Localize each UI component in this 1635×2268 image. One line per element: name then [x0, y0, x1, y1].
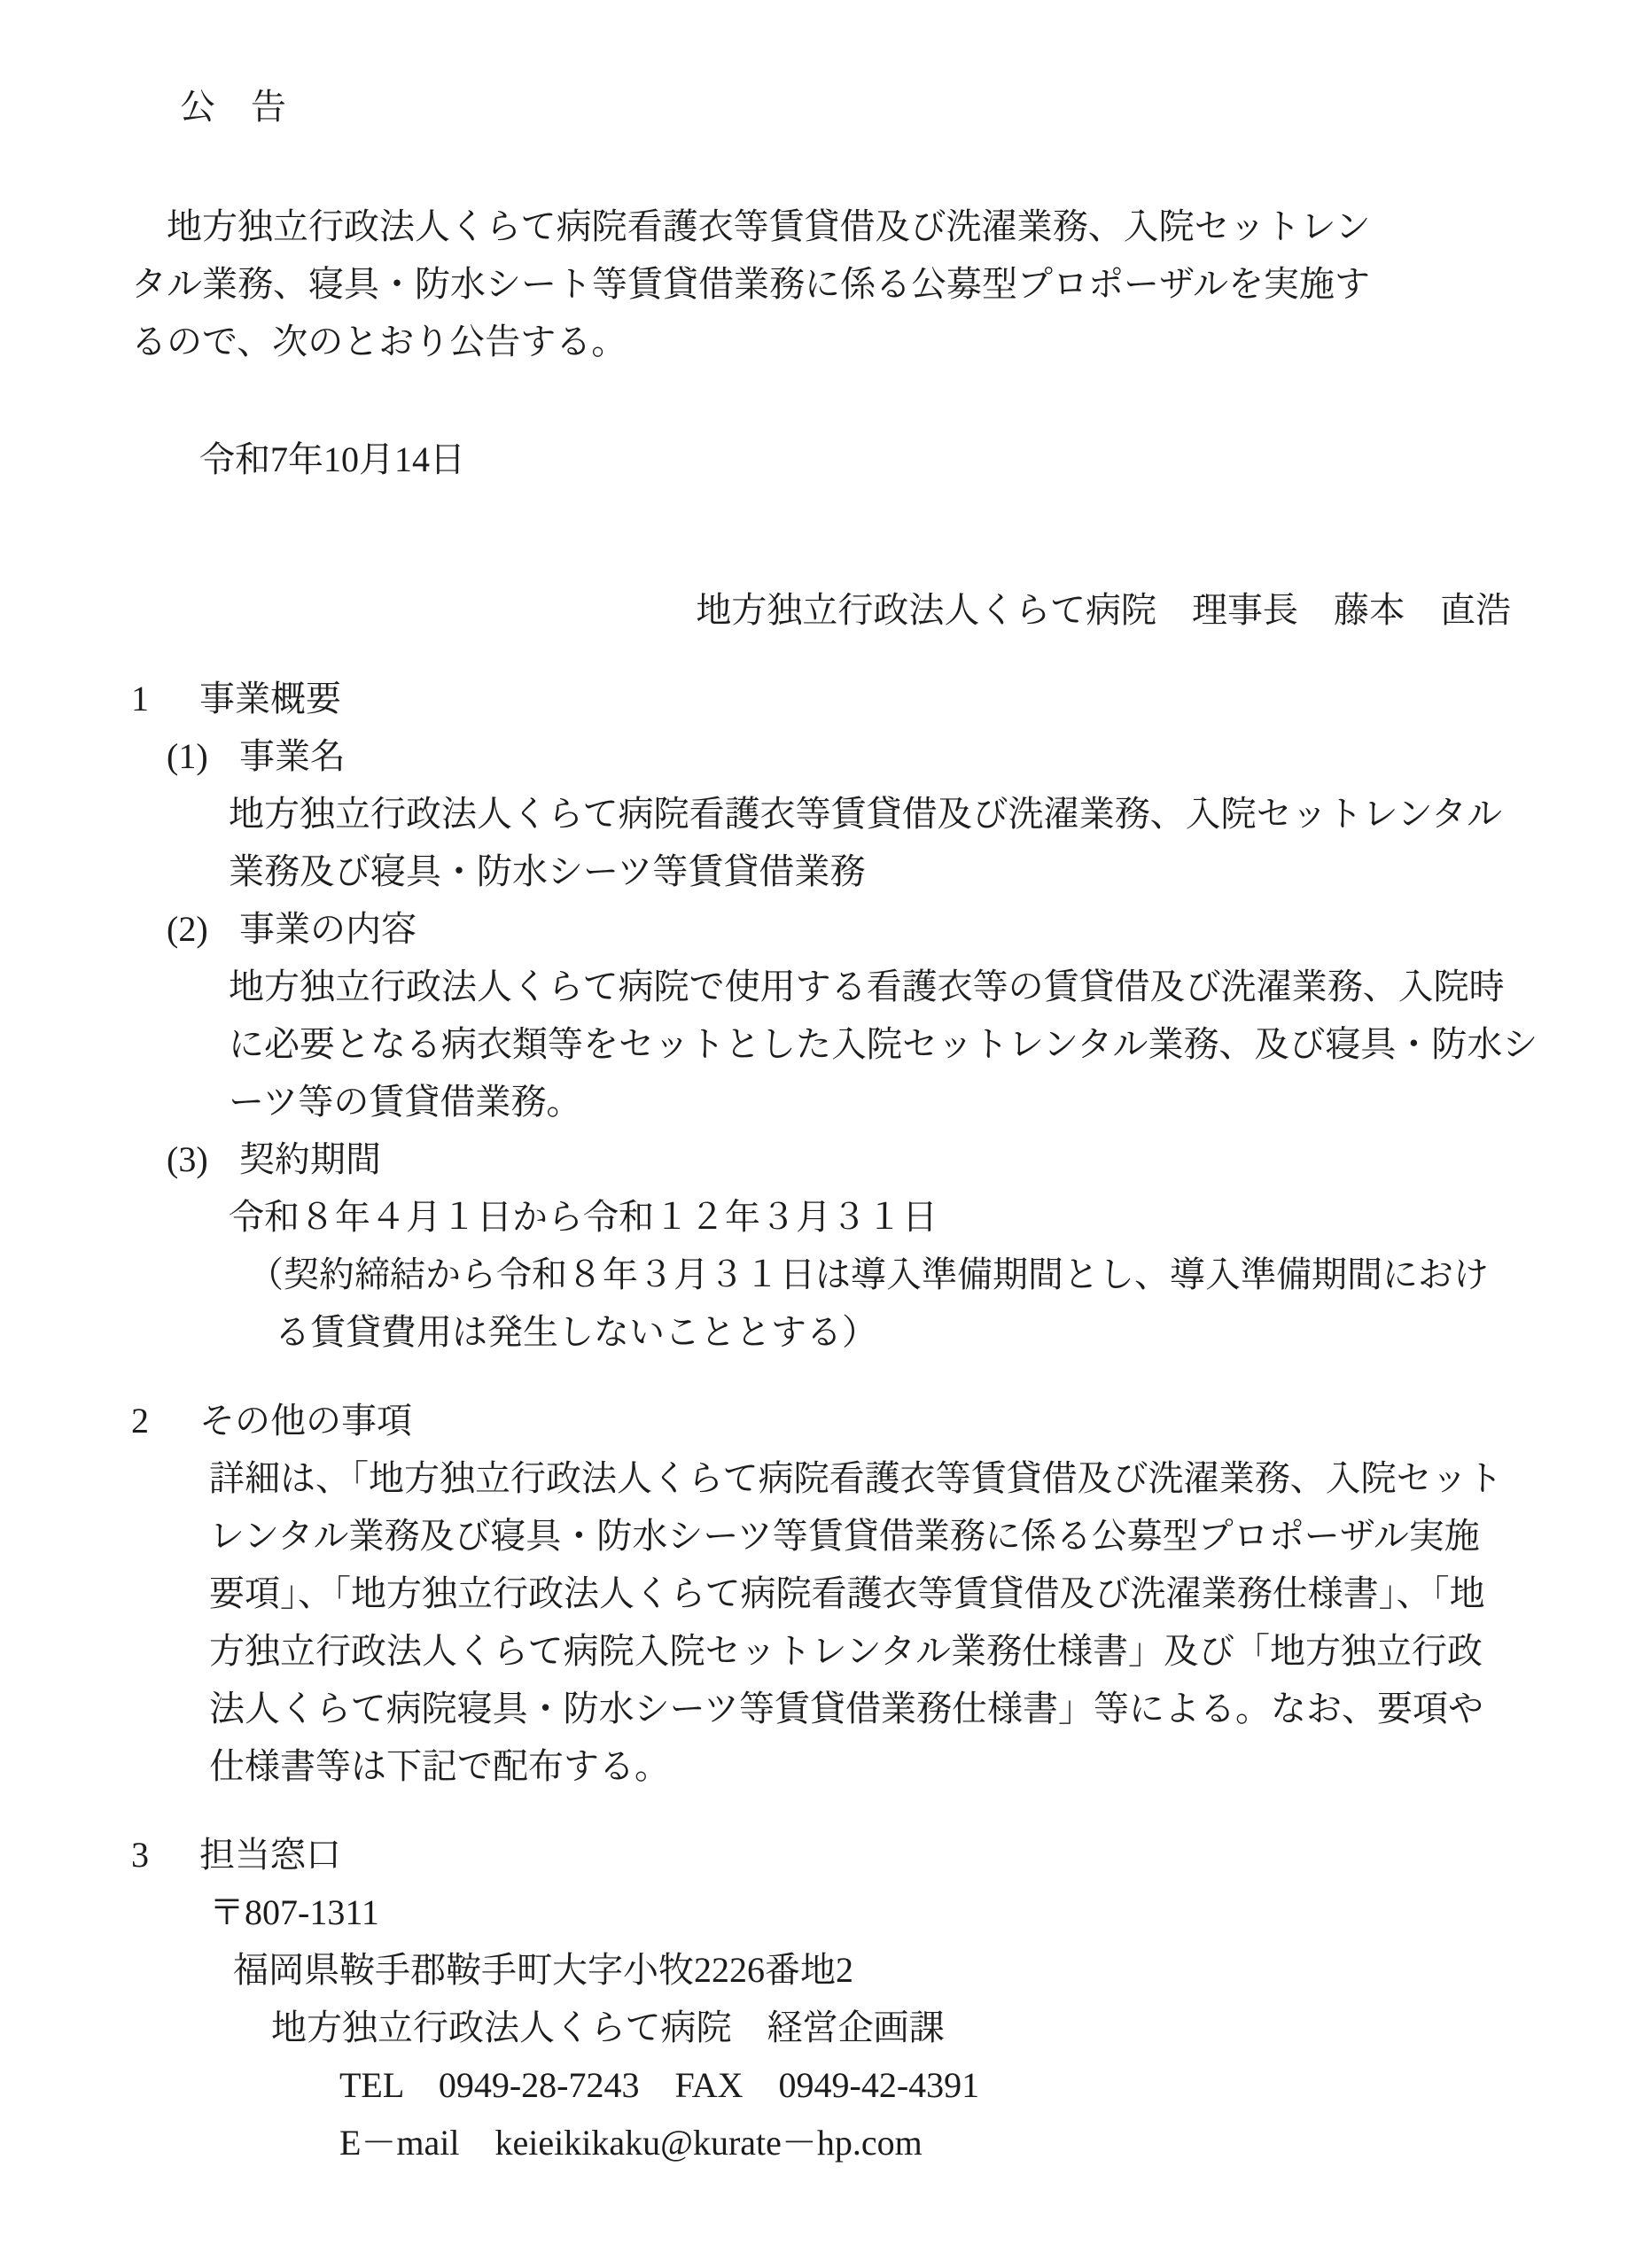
item-1-3-title: 契約期間: [239, 1139, 381, 1179]
section-2-line-3: 要項」、「地方独立行政法人くらて病院看護衣等賃貸借及び洗濯業務仕様書」、「地: [209, 1565, 1511, 1622]
section-3-title: 担当窓口: [199, 1835, 341, 1875]
item-1-1-line-2: 業務及び寝具・防水シーツ等賃貸借業務: [229, 843, 1511, 900]
email-line: E－mail keieikikaku@kurate－hp.com: [339, 2114, 1511, 2171]
item-1-1-line-1: 地方独立行政法人くらて病院看護衣等賃貸借及び洗濯業務、入院セットレンタル: [229, 785, 1511, 843]
item-1-1-title: 事業名: [239, 736, 346, 776]
contract-note-line-2-wrap: る賃貸費用は発生しないこととする）: [275, 1303, 1511, 1361]
section-2-title: その他の事項: [199, 1401, 412, 1441]
section-2-body: 詳細は、「地方独立行政法人くらて病院看護衣等賃貸借及び洗濯業務、入院セット レン…: [209, 1449, 1511, 1795]
issuer-signature: 地方独立行政法人くらて病院 理事長 藤本 直浩: [131, 581, 1511, 639]
office-name: 地方独立行政法人くらて病院 経営企画課: [271, 1999, 1511, 2056]
item-1-2-line-1: 地方独立行政法人くらて病院で使用する看護衣等の賃貸借及び洗濯業務、入院時: [229, 958, 1511, 1015]
section-1-title: 事業概要: [199, 679, 341, 718]
issue-date: 令和7年10月14日: [199, 431, 1511, 488]
item-1-1-number: (1): [167, 727, 239, 785]
item-1-2-number: (2): [167, 900, 239, 958]
item-1-2-heading: (2)事業の内容: [167, 900, 1511, 958]
section-2-heading: 2その他の事項: [131, 1392, 1511, 1449]
contract-note-line-1: （契約締結から令和８年３月３１日は導入準備期間とし、導入準備期間におけ: [248, 1246, 1511, 1303]
intro-line-3: るので、次のとおり公告する。: [131, 313, 1511, 370]
section-2-line-4: 方独立行政法人くらて病院入院セットレンタル業務仕様書」及び「地方独立行政: [209, 1622, 1511, 1680]
section-contact-window: 3担当窓口 〒807-1311 福岡県鞍手郡鞍手町大字小牧2226番地2 地方独…: [131, 1826, 1511, 2171]
section-1-heading: 1事業概要: [131, 670, 1511, 727]
section-3-number: 3: [131, 1826, 199, 1884]
notice-title: 公 告: [180, 78, 1511, 136]
section-other-matters: 2その他の事項 詳細は、「地方独立行政法人くらて病院看護衣等賃貸借及び洗濯業務、…: [131, 1392, 1511, 1795]
section-2-line-6: 仕様書等は下記で配布する。: [209, 1737, 1511, 1795]
section-2-line-5: 法人くらて病院寝具・防水シーツ等賃貸借業務仕様書」等による。なお、要項や: [209, 1680, 1511, 1737]
contract-note-line-1-wrap: （契約締結から令和８年３月３１日は導入準備期間とし、導入準備期間におけ: [248, 1246, 1511, 1303]
item-1-2-line-2: に必要となる病衣類等をセットとした入院セットレンタル業務、及び寝具・防水シ: [229, 1015, 1511, 1073]
contract-note-line-2: る賃貸費用は発生しないこととする）: [275, 1303, 1511, 1361]
public-notice-document: 公 告 地方独立行政法人くらて病院看護衣等賃貸借及び洗濯業務、入院セットレン タ…: [0, 0, 1635, 2268]
intro-line-1: 地方独立行政法人くらて病院看護衣等賃貸借及び洗濯業務、入院セットレン: [131, 198, 1511, 255]
intro-line-2: タル業務、寝具・防水シート等賃貸借業務に係る公募型プロポーザルを実施す: [131, 255, 1511, 313]
item-1-2-line-3: ーツ等の賃貸借業務。: [229, 1073, 1511, 1130]
postal-code: 〒807-1311: [209, 1884, 1511, 1941]
item-1-2-body: 地方独立行政法人くらて病院で使用する看護衣等の賃貸借及び洗濯業務、入院時 に必要…: [229, 958, 1511, 1130]
item-1-1-heading: (1)事業名: [167, 727, 1511, 785]
intro-paragraph: 地方独立行政法人くらて病院看護衣等賃貸借及び洗濯業務、入院セットレン タル業務、…: [131, 198, 1511, 370]
section-business-overview: 1事業概要 (1)事業名 地方独立行政法人くらて病院看護衣等賃貸借及び洗濯業務、…: [131, 670, 1511, 1361]
section-2-line-2: レンタル業務及び寝具・防水シーツ等賃貸借業務に係る公募型プロポーザル実施: [209, 1507, 1511, 1565]
tel-fax-line: TEL 0949-28-7243 FAX 0949-42-4391: [339, 2056, 1511, 2114]
item-1-2-title: 事業の内容: [239, 909, 417, 949]
section-2-number: 2: [131, 1392, 199, 1449]
section-2-line-1: 詳細は、「地方独立行政法人くらて病院看護衣等賃貸借及び洗濯業務、入院セット: [209, 1449, 1511, 1507]
contract-period-line: 令和８年４月１日から令和１２年３月３１日: [229, 1188, 1511, 1246]
item-1-3-number: (3): [167, 1130, 239, 1188]
address-line: 福岡県鞍手郡鞍手町大字小牧2226番地2: [233, 1941, 1511, 1999]
item-1-3-body: 令和８年４月１日から令和１２年３月３１日: [229, 1188, 1511, 1246]
item-1-3-heading: (3)契約期間: [167, 1130, 1511, 1188]
section-1-number: 1: [131, 670, 199, 727]
section-3-heading: 3担当窓口: [131, 1826, 1511, 1884]
item-1-1-body: 地方独立行政法人くらて病院看護衣等賃貸借及び洗濯業務、入院セットレンタル 業務及…: [229, 785, 1511, 900]
